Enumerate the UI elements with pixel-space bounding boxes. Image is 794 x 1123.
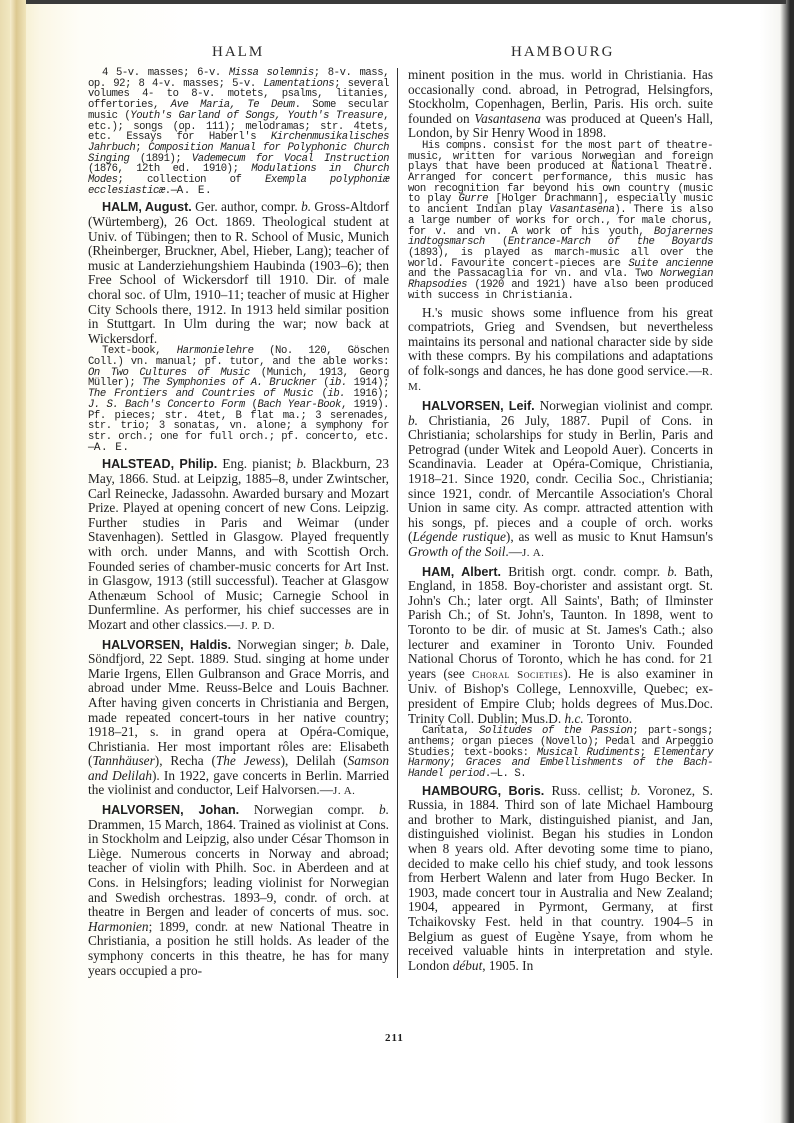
works-list: His compns. consist for the most part of… <box>408 141 713 302</box>
dictionary-entry: HALVORSEN, Leif. Norwegian violinist and… <box>408 399 713 561</box>
text-run: Ger. author, compr. <box>192 199 301 214</box>
text-run: Gross-Altdorf (Würtemberg), 26 Oct. 1869… <box>88 199 389 345</box>
entry-headword: HALVORSEN, Johan. <box>102 803 239 817</box>
dictionary-entry: HAM, Albert. British orgt. condr. compr.… <box>408 565 713 727</box>
text-run: .— <box>165 185 177 197</box>
running-head-left: HALM <box>212 44 264 61</box>
italic-title: Harmonien <box>88 919 149 934</box>
entry-headword: HALSTEAD, Philip. <box>102 457 217 471</box>
text-run: Blackburn, 23 May, 1866. Stud. at Leipzi… <box>88 456 389 632</box>
text-run: Eng. pianist; <box>217 456 296 471</box>
text-run: .— <box>505 544 522 559</box>
italic-title: Vasantasena <box>474 111 540 126</box>
contributor-initials: J. A. <box>333 785 355 797</box>
dictionary-entry: HALVORSEN, Haldis. Norwegian singer; b. … <box>88 638 389 800</box>
text-run: British orgt. condr. compr. <box>501 564 667 579</box>
text-run: Russ. cellist; <box>544 783 630 798</box>
italic-title: b. <box>301 199 311 214</box>
dictionary-entry: HALVORSEN, Johan. Norwegian compr. b. Dr… <box>88 803 389 978</box>
italic-title: b. <box>667 564 677 579</box>
paragraph: H.'s music shows some influence from his… <box>408 306 713 396</box>
entry-headword: HALVORSEN, Haldis. <box>102 638 231 652</box>
left-column: 4 5-v. masses; 6-v. Missa solemnis; 8-v.… <box>88 68 397 978</box>
entry-headword: HAM, Albert. <box>422 565 501 579</box>
text-run: Bath, England, in 1858. Boy-chorister an… <box>408 564 713 681</box>
entry-headword: HAMBOURG, Boris. <box>422 784 544 798</box>
italic-title: h.c. <box>565 711 584 726</box>
dictionary-entry: HALSTEAD, Philip. Eng. pianist; b. Black… <box>88 457 389 633</box>
text-run: H.'s music shows some influence from his… <box>408 305 713 378</box>
italic-title: Légende rustique <box>412 529 505 544</box>
italic-title: b. <box>631 783 641 798</box>
italic-title: b. <box>408 413 418 428</box>
contributor-initials: J. A. <box>522 547 544 559</box>
text-run: Toronto. <box>584 711 632 726</box>
page-top-edge <box>26 0 786 4</box>
italic-title: Growth of the Soil <box>408 544 505 559</box>
contributor-initials: A. E. <box>177 185 213 197</box>
text-run: Norwegian compr. <box>239 802 379 817</box>
page-number: 211 <box>385 1032 404 1044</box>
right-column: minent position in the mus. world in Chr… <box>397 68 713 978</box>
dictionary-entry: HALM, August. Ger. author, compr. b. Gro… <box>88 200 389 346</box>
text-run: , 1905. In <box>482 958 533 973</box>
text-run: Dale, Söndfjord, 22 Sept. 1889. Stud. si… <box>88 637 389 769</box>
entry-headword: HALVORSEN, Leif. <box>422 399 535 413</box>
entry-headword: HALM, August. <box>102 200 192 214</box>
dictionary-page: HALM HAMBOURG 4 5-v. masses; 6-v. Missa … <box>88 44 713 978</box>
contributor-initials: Choral Societies <box>472 669 563 681</box>
text-run: ), as well as music to Knut Hamsun's <box>506 529 713 544</box>
text-run: Voronez, S. Russia, in 1884. Third son o… <box>408 783 713 973</box>
works-list: Text-book, Harmonielehre (No. 120, Gösch… <box>88 346 389 453</box>
contributor-initials: J. P. D. <box>240 620 275 632</box>
italic-title: The Jewess <box>216 753 281 768</box>
italic-title: b. <box>379 802 389 817</box>
italic-title: Tannhäuser <box>92 753 154 768</box>
dictionary-entry: HAMBOURG, Boris. Russ. cellist; b. Voron… <box>408 784 713 974</box>
paragraph: minent position in the mus. world in Chr… <box>408 68 713 141</box>
text-columns: 4 5-v. masses; 6-v. Missa solemnis; 8-v.… <box>88 68 713 978</box>
text-run: Norwegian singer; <box>231 637 344 652</box>
text-run: ), Delilah ( <box>281 753 348 768</box>
text-run: ), Recha ( <box>155 753 216 768</box>
works-list: 4 5-v. masses; 6-v. Missa solemnis; 8-v.… <box>88 68 389 196</box>
text-run: .—L. S. <box>485 768 526 780</box>
contributor-initials: A. E. <box>94 442 130 454</box>
book-spine-edge <box>10 0 26 1123</box>
italic-title: b. <box>297 456 307 471</box>
running-head-right: HAMBOURG <box>511 44 615 61</box>
text-run: Norwegian violinist and compr. <box>535 398 713 413</box>
italic-title: b. <box>345 637 355 652</box>
italic-title: début <box>453 958 483 973</box>
works-list: Cantata, Solitudes of the Passion; part-… <box>408 726 713 780</box>
running-head: HALM HAMBOURG <box>88 44 713 68</box>
text-run: Drammen, 15 March, 1864. Trained as viol… <box>88 817 389 920</box>
text-run: Christiania, 26 July, 1887. Pupil of Con… <box>408 413 713 545</box>
